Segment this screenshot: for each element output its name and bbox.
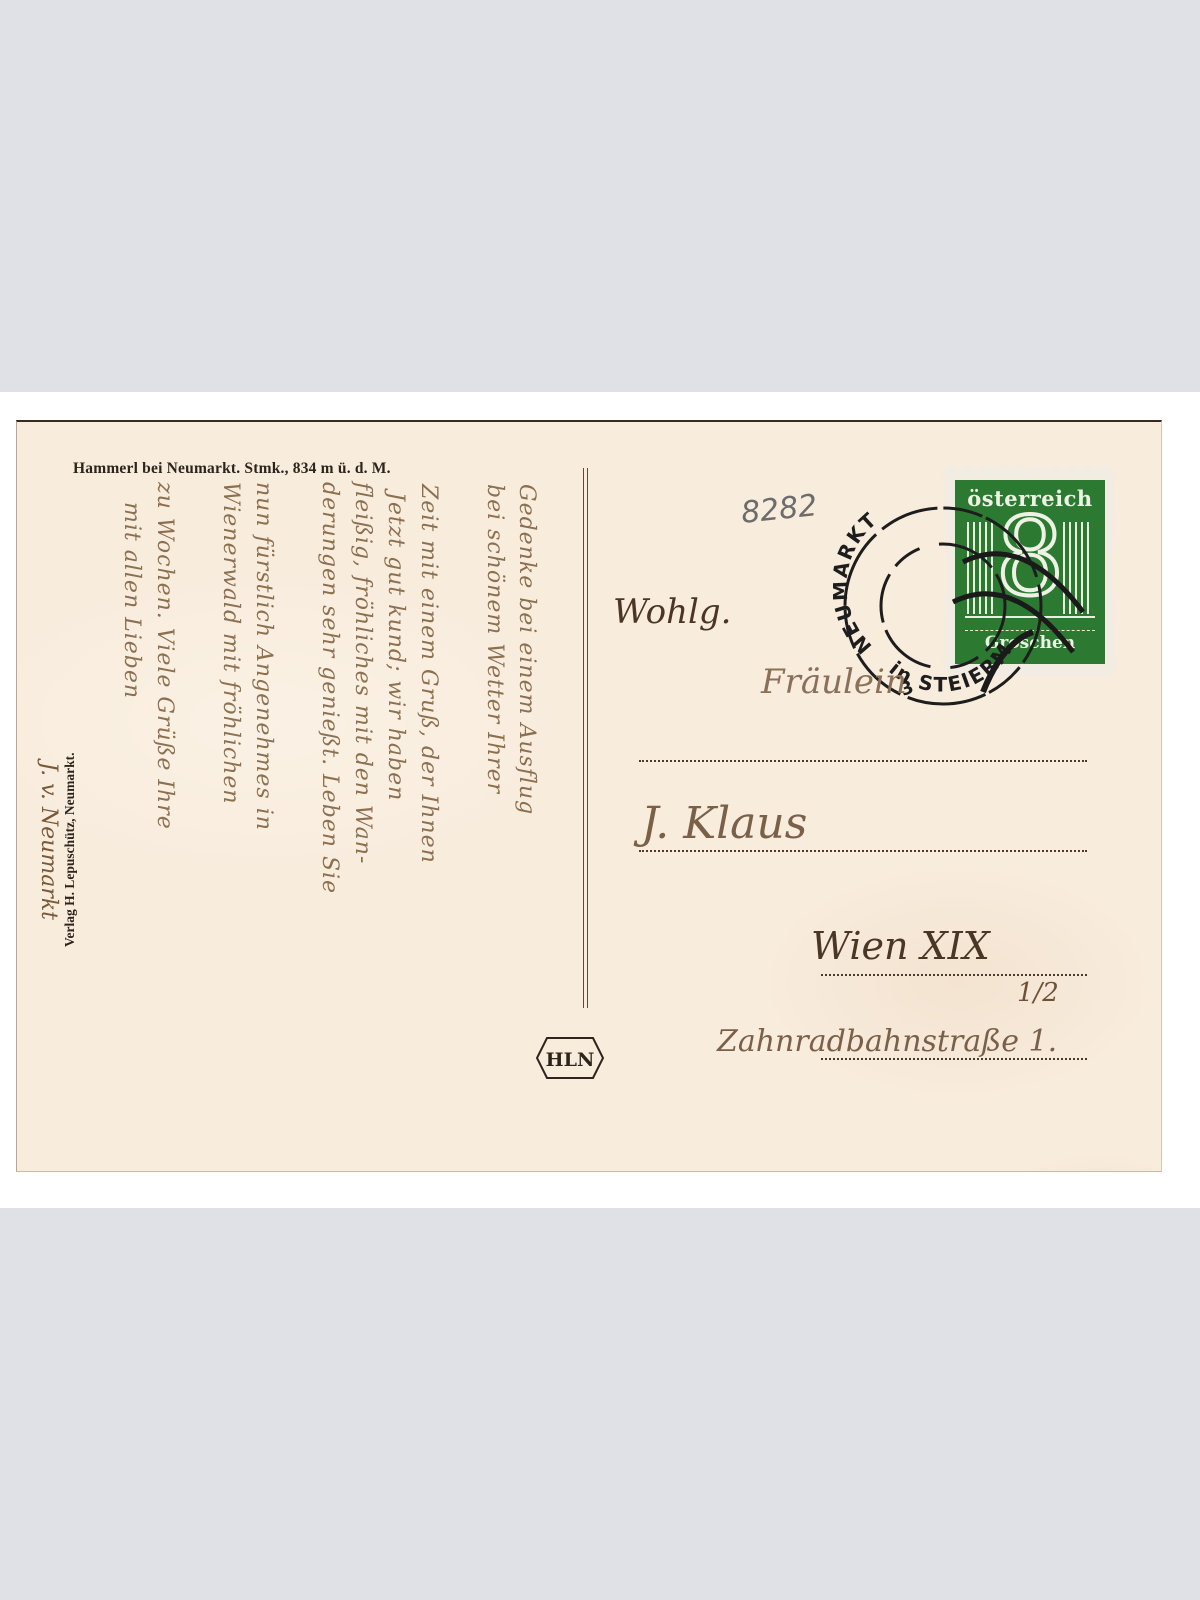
cancellation-lines-icon [933, 522, 1113, 702]
address-line-4 [821, 1058, 1087, 1060]
svg-text:NEUMARKT: NEUMARKT [833, 507, 882, 659]
publisher-logo-icon: HLN [535, 1036, 605, 1080]
signature: J. v. Neumarkt [36, 762, 61, 920]
address-line-2 [639, 850, 1087, 852]
address-city: Wien XIX [811, 924, 990, 968]
address-line-3 [821, 974, 1087, 976]
center-divider [583, 468, 588, 1008]
postmark-top-text: NEUMARKT [833, 507, 882, 659]
logo-text: HLN [546, 1049, 595, 1071]
postcard-header: Hammerl bei Neumarkt. Stmk., 834 m ü. d.… [73, 460, 391, 478]
message-line: derungen sehr genießt. Leben Sie [317, 482, 342, 894]
message-line: nun fürstlich Angenehmes in [251, 482, 276, 831]
address-title: Fräulein [761, 662, 907, 702]
message-line: Zeit mit einem Gruß, der Ihnen [416, 484, 441, 864]
reference-number: 8282 [739, 488, 819, 531]
address-district-fraction: 1/2 [1017, 978, 1059, 1008]
message-line: zu Wochen. Viele Grüße Ihre [152, 482, 177, 830]
publisher-imprint: Verlag H. Lepuschütz, Neumarkt. [62, 753, 78, 948]
message-line: Jetzt gut kund; wir haben [383, 492, 408, 801]
address-name: J. Klaus [641, 798, 807, 849]
message-line: mit allen Lieben [119, 502, 144, 699]
message-line: Gedenke bei einem Ausflug [514, 484, 539, 815]
address-street: Zahnradbahnstraße 1. [717, 1024, 1057, 1059]
message-line: fleißig, fröhliches mit den Wan- [350, 482, 375, 864]
address-salutation: Wohlg. [613, 592, 731, 632]
message-line: bei schönem Wetter Ihrer [482, 484, 507, 794]
address-line-1 [639, 760, 1087, 762]
postcard: Hammerl bei Neumarkt. Stmk., 834 m ü. d.… [16, 420, 1162, 1172]
message-line: Wienerwald mit fröhlichen [218, 482, 243, 805]
